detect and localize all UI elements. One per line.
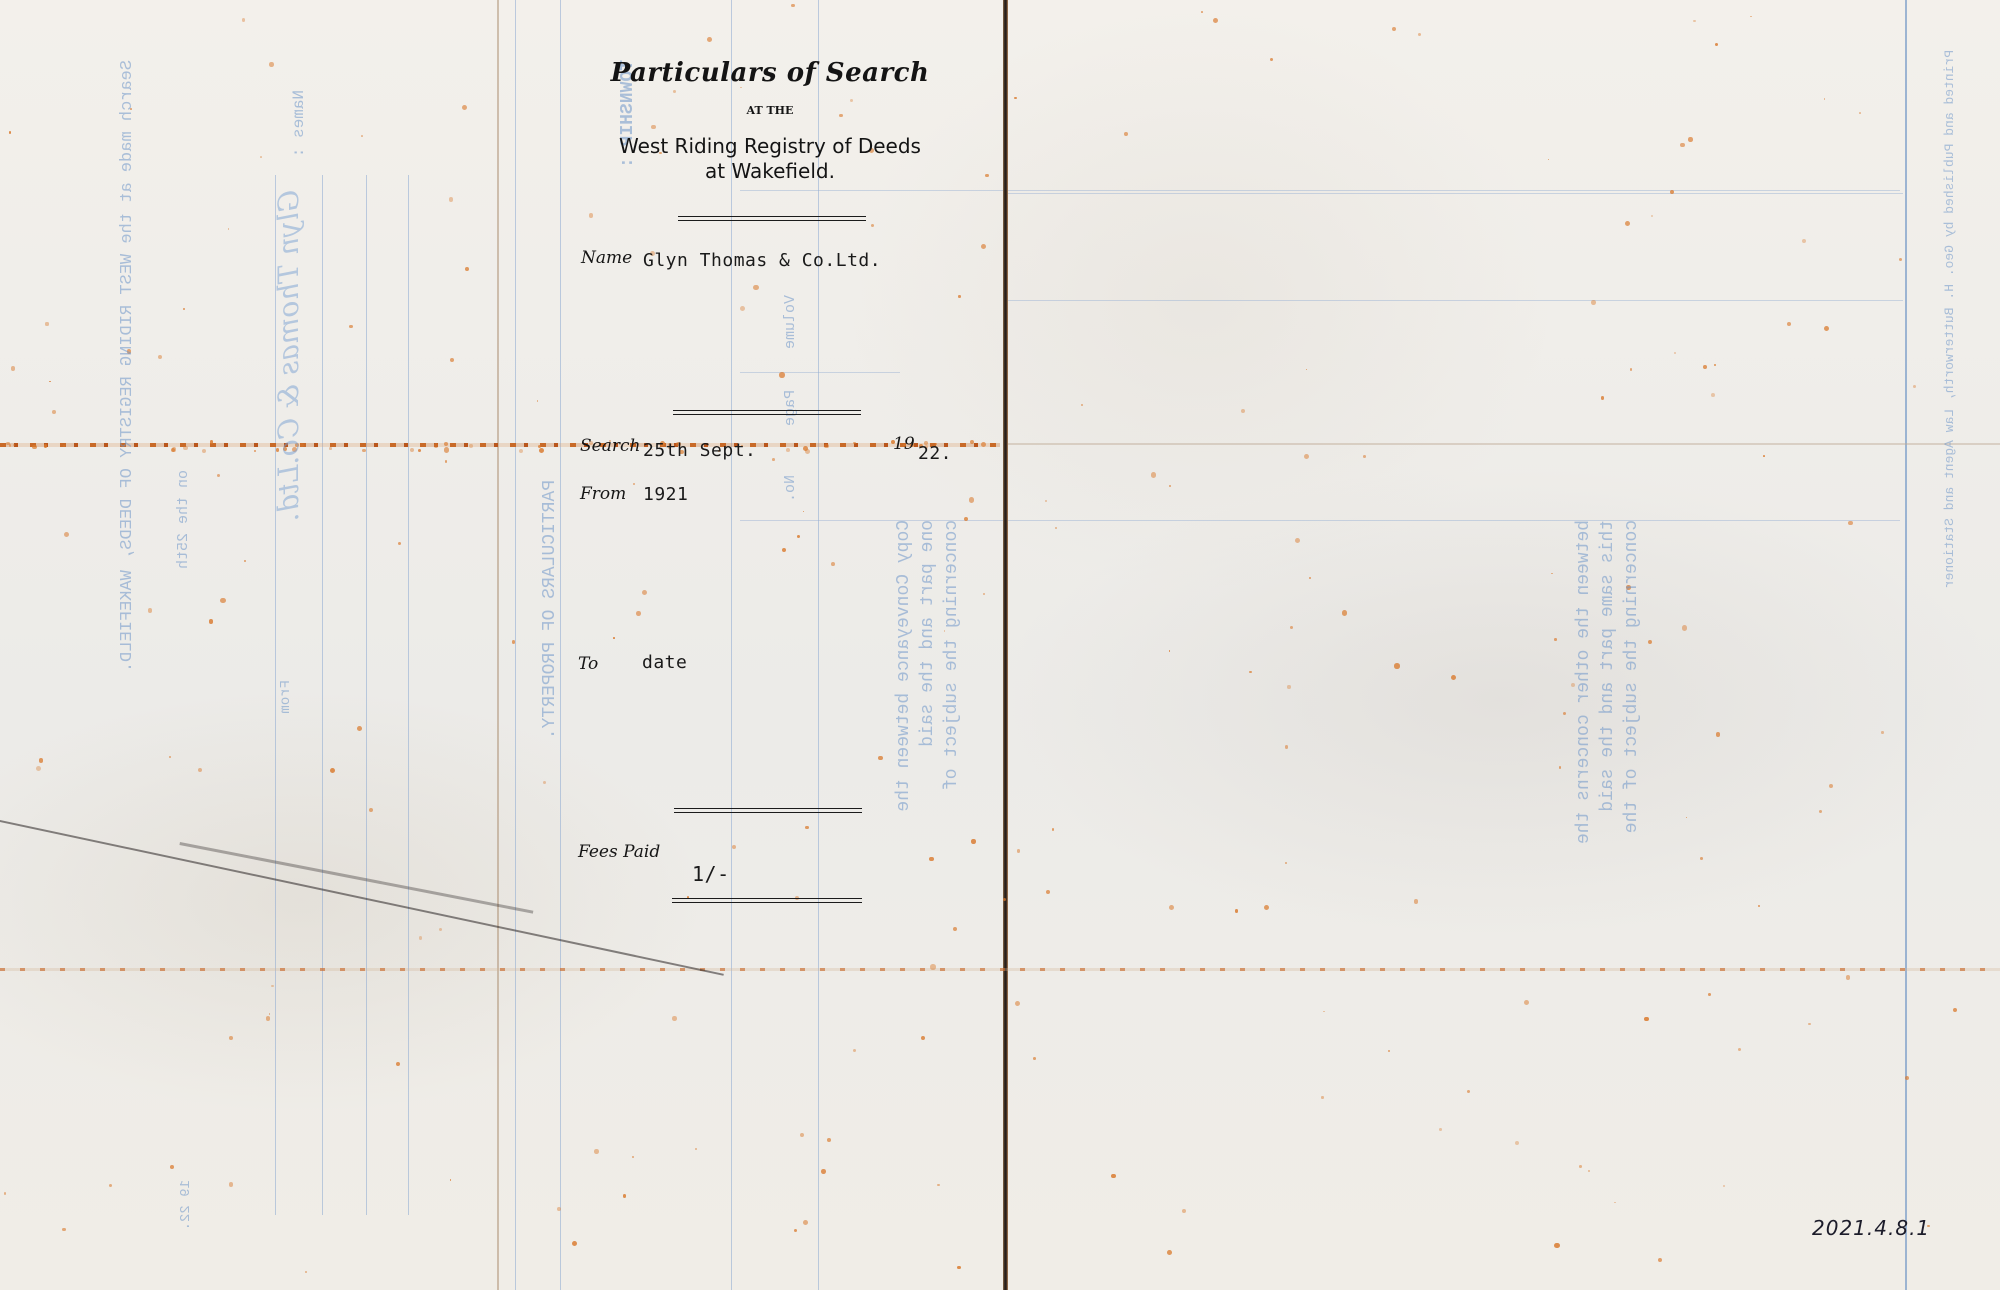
fees-rule (672, 898, 862, 903)
ruled-line (322, 175, 323, 1215)
rust-spot (418, 449, 421, 452)
rust-spot (1824, 98, 1826, 100)
rust-spot (172, 447, 176, 451)
rust-spot (52, 410, 56, 414)
form-subtitle: AT THE (580, 104, 960, 117)
rust-spot (803, 1220, 808, 1225)
rust-spot (1169, 905, 1174, 910)
showthrough-date-label: on the 25th (175, 470, 192, 569)
rust-spot (1881, 731, 1883, 733)
rust-spot (1392, 27, 1396, 31)
rust-spot (672, 1016, 676, 1020)
rust-spot (589, 213, 594, 218)
rust-spot (1290, 626, 1293, 629)
search-year-prefix: 19 (893, 434, 915, 454)
rust-spot (957, 1266, 960, 1269)
ruled-line (408, 175, 409, 1215)
rust-spot (1554, 638, 1557, 641)
rust-spot (1388, 1050, 1390, 1052)
showthrough-right-line-1: concerning the subject of the (1622, 520, 1642, 833)
rust-spot (512, 640, 515, 643)
rust-spot (1554, 1243, 1559, 1248)
rust-spot (1848, 521, 1852, 525)
rust-spot (1670, 190, 1674, 194)
rust-spot (9, 131, 12, 134)
rust-spot (445, 460, 447, 462)
rust-spot (1551, 573, 1553, 575)
rust-spot (958, 295, 960, 297)
from-value: 1921 (643, 484, 688, 505)
rust-spot (981, 442, 986, 447)
rust-spot (827, 1138, 831, 1142)
ruled-line (740, 190, 1900, 191)
rust-spot (6, 442, 10, 446)
rust-spot (633, 483, 635, 485)
rust-spot (1151, 472, 1156, 477)
showthrough-printer-line: Printed and Published by Geo. H. Butterw… (1942, 50, 1957, 588)
rust-spot (969, 497, 974, 502)
rust-spot (1201, 11, 1203, 13)
name-label: Name (581, 248, 632, 268)
search-date-value: 25th Sept. (643, 440, 756, 461)
rust-spot (170, 1165, 174, 1169)
rust-spot (850, 99, 853, 102)
rust-spot (1321, 1096, 1323, 1098)
rust-spot (1708, 993, 1711, 996)
name-value: Glyn Thomas & Co.Ltd. (643, 250, 881, 271)
rust-spot (1700, 857, 1703, 860)
rust-spot (1688, 137, 1692, 141)
rust-spot (1829, 784, 1833, 788)
rust-spot (1808, 1023, 1810, 1025)
to-rule (674, 808, 862, 813)
rust-spot (1693, 20, 1695, 22)
rust-spot (444, 447, 449, 452)
showthrough-handwriting: Glyn Thomas & Co.Ltd. (272, 190, 305, 521)
rust-spot (1524, 1000, 1529, 1005)
rust-spot (803, 446, 808, 451)
search-year-value: 22. (918, 443, 952, 464)
rust-spot (1342, 610, 1347, 615)
rust-spot (937, 1184, 939, 1186)
rust-spot (557, 1207, 561, 1211)
to-value: date (642, 652, 687, 673)
ruled-line (1008, 193, 1903, 194)
rust-spot (1859, 112, 1861, 114)
rust-spot (983, 593, 985, 595)
rust-spot (148, 608, 152, 612)
showthrough-property-heading: PARTICULARS OF PROPERTY. (540, 480, 560, 739)
rust-spot (434, 443, 438, 447)
rust-spot (1651, 215, 1653, 217)
ruled-line (1008, 300, 1903, 301)
rust-spot (1363, 455, 1366, 458)
rust-spot (369, 808, 373, 812)
rust-spot (36, 766, 41, 771)
rust-spot (1439, 1128, 1442, 1131)
rust-spot (109, 1184, 112, 1187)
ruled-line (515, 0, 516, 1290)
rust-spot (1241, 409, 1245, 413)
rust-spot (1270, 58, 1273, 61)
rust-spot (791, 4, 794, 7)
rust-spot (439, 928, 442, 931)
rust-spot (1913, 385, 1916, 388)
rust-spot (1644, 1017, 1648, 1021)
center-fold (1003, 0, 1008, 1290)
rust-spot (357, 726, 362, 731)
showthrough-volume-label: Volume (782, 295, 799, 349)
fees-paid-label: Fees Paid (578, 842, 660, 862)
showthrough-no-label: No. (782, 475, 799, 502)
rust-spot (269, 62, 273, 66)
rust-spot (1591, 300, 1596, 305)
rust-spot (1563, 712, 1566, 715)
rust-spot (786, 448, 790, 452)
rust-spot (1287, 685, 1290, 688)
showthrough-year-label: 19 22. (178, 1180, 194, 1230)
rust-spot (1680, 143, 1685, 148)
registry-name: West Riding Registry of Deeds at Wakefie… (580, 134, 960, 184)
rust-spot (1394, 663, 1399, 668)
to-label: To (578, 654, 598, 674)
registry-line-2: at Wakefield. (580, 159, 960, 184)
rust-spot (254, 450, 256, 452)
rust-spot (1167, 1250, 1172, 1255)
rust-spot (11, 366, 15, 370)
lower-fold (0, 968, 2000, 971)
rust-spot (1414, 899, 1419, 904)
rust-spot (824, 444, 828, 448)
rust-spot (1703, 365, 1707, 369)
rust-spot (921, 1036, 925, 1040)
rust-spot (539, 448, 544, 453)
rust-spot (740, 306, 745, 311)
rust-spot (800, 1133, 804, 1137)
rust-spot (1714, 364, 1716, 366)
rust-spot (878, 756, 883, 761)
search-label: Search (580, 436, 640, 456)
rust-spot (4, 1192, 6, 1194)
ruled-line (740, 520, 1900, 521)
rust-spot (1716, 732, 1720, 736)
showthrough-right-line-3: between the other concerns the (1574, 520, 1594, 844)
ruled-line (740, 372, 900, 373)
rust-spot (930, 964, 935, 969)
rust-spot (330, 768, 335, 773)
rust-spot (1715, 43, 1718, 46)
header-rule (678, 216, 866, 221)
showthrough-mid-line-2: one part and the said (918, 520, 938, 747)
rust-spot (13, 444, 15, 446)
form-title: Particulars of Search (580, 58, 960, 88)
rust-spot (1033, 1057, 1036, 1060)
rust-spot (210, 440, 213, 443)
rust-spot (1579, 1165, 1582, 1168)
ruled-line (366, 175, 367, 1215)
rust-spot (519, 449, 523, 453)
rust-spot (779, 372, 784, 377)
rust-spot (1648, 640, 1652, 644)
showthrough-names-label: Names : (290, 90, 308, 157)
rust-spot (158, 355, 162, 359)
rust-spot (444, 442, 448, 446)
rust-spot (229, 1036, 233, 1040)
showthrough-page-label: Page (782, 390, 799, 426)
rust-spot (45, 322, 48, 325)
rust-spot (39, 758, 43, 762)
rust-spot (642, 590, 647, 595)
ruled-line (1905, 0, 1907, 1290)
rust-spot (32, 445, 36, 449)
rust-spot (183, 308, 185, 310)
ruled-line (818, 0, 819, 1290)
rust-spot (1588, 1170, 1590, 1172)
from-label: From (580, 484, 626, 504)
rust-spot (537, 400, 539, 402)
rust-spot (970, 440, 974, 444)
rust-spot (613, 637, 615, 639)
rust-spot (1846, 975, 1850, 979)
showthrough-right-line-2: this same part and the said (1598, 520, 1618, 812)
paper-fold (497, 0, 499, 1290)
rust-spot (971, 839, 975, 843)
showthrough-mid-line-1: concerning the subject of (942, 520, 962, 790)
rust-spot (1055, 527, 1057, 529)
rust-spot (220, 598, 225, 603)
showthrough-from-label: From (278, 680, 294, 714)
rust-spot (266, 1016, 270, 1020)
rust-spot (1052, 828, 1055, 831)
fees-paid-value: 1/- (692, 862, 730, 886)
rust-spot (1682, 625, 1687, 630)
horizontal-fold-rust (0, 443, 1000, 447)
rust-spot (1124, 132, 1128, 136)
registry-line-1: West Riding Registry of Deeds (580, 134, 960, 159)
name-rule (673, 410, 861, 415)
rust-spot (1559, 766, 1562, 769)
horizontal-fold (1008, 443, 2000, 445)
rust-spot (1017, 849, 1020, 852)
rust-spot (329, 447, 332, 450)
rust-spot (594, 1149, 599, 1154)
rust-spot (419, 936, 422, 939)
rust-spot (1014, 97, 1017, 100)
rust-spot (572, 1241, 577, 1246)
ruled-line (560, 0, 561, 1290)
rust-spot (707, 37, 712, 42)
showthrough-mid-line-3: Copy Conveyance between the (894, 520, 914, 812)
showthrough-left-heading: Search made at the WEST RIDING REGISTRY … (118, 60, 137, 672)
ruled-line (731, 0, 732, 1290)
rust-spot (449, 197, 454, 202)
rust-spot (1467, 1090, 1470, 1093)
rust-spot (1601, 396, 1604, 399)
rust-spot (229, 1182, 234, 1187)
archive-reference: 2021.4.8.1 (1812, 1216, 1930, 1240)
rust-spot (753, 285, 758, 290)
